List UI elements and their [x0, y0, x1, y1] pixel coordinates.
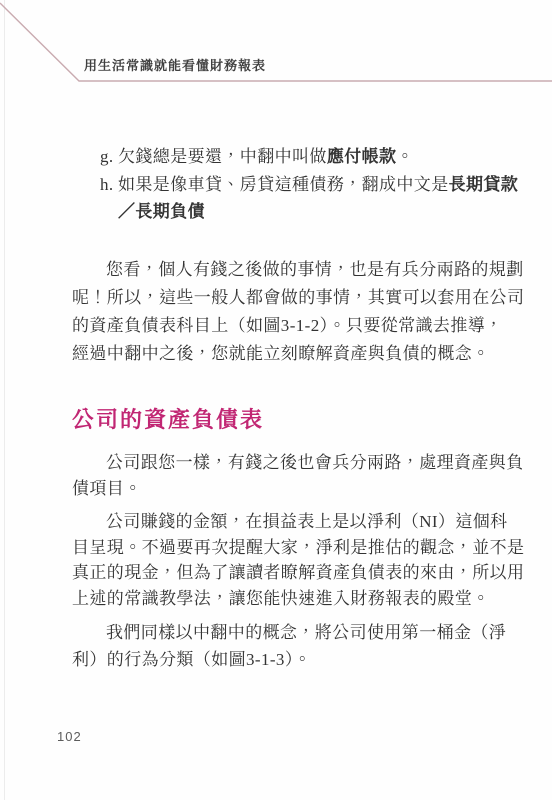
paragraph-3: 公司賺錢的金額，在損益表上是以淨利（NI）這個科 目呈現。不過要再次提醒大家，淨… [72, 509, 524, 611]
paragraph-line: 我們同樣以中翻中的概念，將公司使用第一桶金（淨 [72, 619, 506, 646]
paragraph-line: 您看，個人有錢之後做的事情，也是有兵分兩路的規劃 [72, 256, 524, 284]
list-item-g-line: 欠錢總是要還，中翻中叫做應付帳款。 [118, 143, 518, 171]
header-rule-decoration [0, 0, 552, 100]
list-marker: h. [100, 171, 114, 199]
list-marker: g. [100, 143, 114, 171]
paragraph-line: 公司賺錢的金額，在損益表上是以淨利（NI）這個科 [72, 509, 524, 535]
list-item-g: g. 欠錢總是要還，中翻中叫做應付帳款。 [100, 143, 518, 171]
list-item-h-line-1: 如果是像車貸、房貸這種債務，翻成中文是長期貸款 [118, 171, 518, 199]
paragraph-line: 上述的常識教學法，讓您能快速進入財務報表的殿堂。 [72, 586, 524, 612]
paragraph-line: 利）的行為分類（如圖3-1-3）。 [72, 646, 506, 673]
paragraph-line: 呢！所以，這些一般人都會做的事情，其實可以套用在公司 [72, 284, 524, 312]
paragraph-2: 公司跟您一樣，有錢之後也會兵分兩路，處理資產與負 債項目。 [72, 450, 524, 502]
paragraph-line: 經過中翻中之後，您就能立刻瞭解資產與負債的概念。 [72, 340, 524, 368]
page-edge-shadow [4, 0, 5, 800]
list-text: 如果是像車貸、房貸這種債務，翻成中文是 [118, 175, 449, 194]
list-item-h: h. 如果是像車貸、房貸這種債務，翻成中文是長期貸款 ／長期負債 [100, 171, 518, 226]
paragraph-line: 債項目。 [72, 476, 524, 502]
paragraph-1: 您看，個人有錢之後做的事情，也是有兵分兩路的規劃 呢！所以，這些一般人都會做的事… [72, 256, 524, 368]
running-head-title: 用生活常識就能看懂財務報表 [84, 55, 266, 74]
paragraph-line: 公司跟您一樣，有錢之後也會兵分兩路，處理資產與負 [72, 450, 524, 476]
list-text: 。 [396, 147, 413, 166]
list-text: 欠錢總是要還，中翻中叫做 [118, 147, 327, 166]
list-text-bold: 長期貸款 [449, 175, 519, 194]
list-text-bold: ／長期負債 [118, 202, 205, 221]
paragraph-line: 的資產負債表科目上（如圖3-1-2）。只要從常識去推導， [72, 312, 524, 340]
paragraph-4: 我們同樣以中翻中的概念，將公司使用第一桶金（淨 利）的行為分類（如圖3-1-3）… [72, 619, 506, 673]
lettered-list: g. 欠錢總是要還，中翻中叫做應付帳款。 h. 如果是像車貸、房貸這種債務，翻成… [100, 143, 518, 226]
section-heading: 公司的資產負債表 [72, 403, 264, 434]
paragraph-line: 目呈現。不過要再次提醒大家，淨利是推估的觀念，並不是 [72, 535, 524, 561]
list-text-bold: 應付帳款 [327, 147, 397, 166]
book-page: 用生活常識就能看懂財務報表 g. 欠錢總是要還，中翻中叫做應付帳款。 h. 如果… [0, 0, 552, 800]
page-number: 102 [57, 729, 82, 744]
list-item-h-line-2: ／長期負債 [118, 198, 518, 226]
paragraph-line: 真正的現金，但為了讓讀者瞭解資產負債表的來由，所以用 [72, 560, 524, 586]
